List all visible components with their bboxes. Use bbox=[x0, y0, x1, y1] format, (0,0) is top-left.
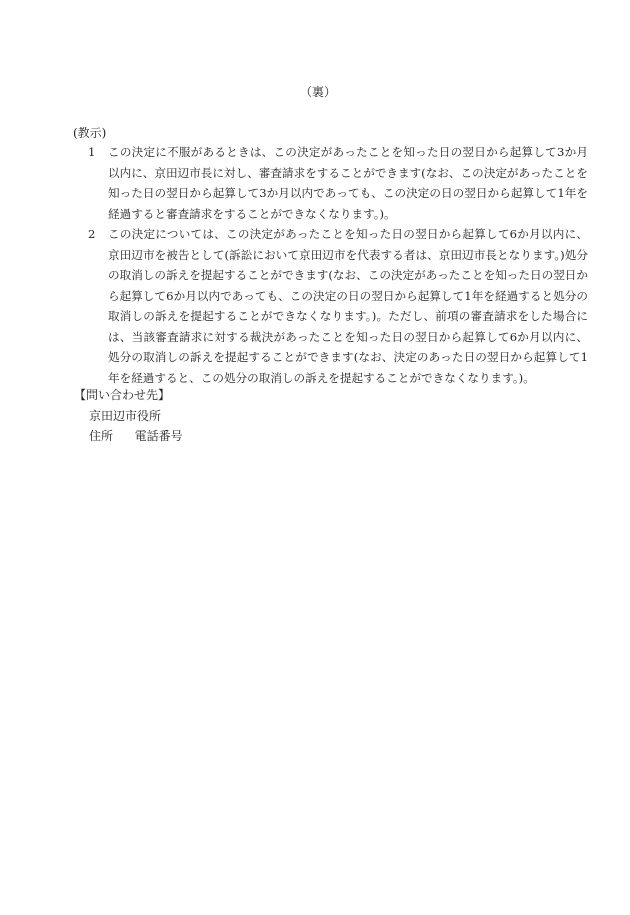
item-text: この決定に不服があるときは、この決定があったことを知った日の翌日から起算して3か… bbox=[108, 145, 588, 221]
instruction-item: 2 この決定については、この決定があったことを知った日の翌日から起算して6か月以… bbox=[88, 224, 588, 388]
instruction-title: (教示) bbox=[73, 124, 106, 141]
document-page: （裏） (教示) 1 この決定に不服があるときは、この決定があったことを知った日… bbox=[0, 0, 630, 915]
item-number: 2 bbox=[88, 224, 95, 245]
phone-label: 電話番号 bbox=[135, 429, 183, 443]
instruction-item: 1 この決定に不服があるときは、この決定があったことを知った日の翌日から起算して… bbox=[88, 142, 588, 224]
instruction-list: 1 この決定に不服があるときは、この決定があったことを知った日の翌日から起算して… bbox=[88, 142, 588, 388]
page-side-label: （裏） bbox=[300, 83, 336, 100]
contact-heading: 【問い合わせ先】 bbox=[74, 385, 183, 406]
item-number: 1 bbox=[88, 142, 95, 163]
contact-section: 【問い合わせ先】 京田辺市役所 住所 電話番号 bbox=[74, 385, 183, 447]
contact-office: 京田辺市役所 bbox=[74, 406, 183, 427]
contact-details: 住所 電話番号 bbox=[74, 426, 183, 447]
address-label: 住所 bbox=[89, 429, 113, 443]
item-text: この決定については、この決定があったことを知った日の翌日から起算して6か月以内に… bbox=[108, 227, 588, 385]
